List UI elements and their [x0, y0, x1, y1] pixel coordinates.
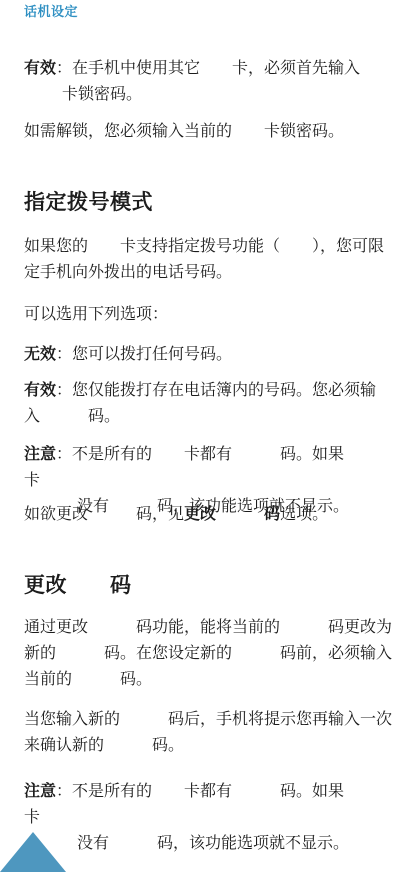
text-segment: 可以选用下列选项： [24, 306, 168, 323]
text-line: 有效：在手机中使用其它 卡，必须首先输入 [24, 56, 407, 82]
text-line: 可以选用下列选项： [24, 302, 407, 328]
text-line: 入 码。 [24, 404, 407, 430]
section-heading: 指定拨号模式 [24, 189, 407, 216]
bold-menu-name: 更改 [184, 506, 216, 523]
heading-change-pin2: 更改 码 [24, 572, 407, 599]
text-line: 如果您的 卡支持指定拨号功能（ ），您可限 [24, 234, 407, 260]
text-segment: 当前的 码。 [24, 671, 152, 688]
text-segment: 如需解锁，您必须输入当前的 卡锁密码。 [24, 123, 344, 140]
text-segment: 选项。 [280, 506, 328, 523]
text-line: 定手机向外拨出的电话号码。 [24, 260, 407, 286]
bold-label: 有效 [24, 60, 56, 77]
bold-label: 有效 [24, 382, 56, 399]
manual-page: 话机设定 有效：在手机中使用其它 卡，必须首先输入 卡锁密码。 如需解锁，您必须… [0, 0, 411, 872]
para-confirm-new-pin2: 当您输入新的 码后，手机将提示您再输入一次 来确认新的 码。 [24, 707, 407, 759]
page-header-title: 话机设定 [24, 3, 78, 21]
text-segment: ：您可以拨打任何号码。 [56, 346, 232, 363]
bold-menu-name: 码 [264, 506, 280, 523]
text-line: 如欲更改 码，见更改 码选项。 [24, 502, 407, 528]
bold-label: 注意 [24, 446, 56, 463]
text-line: 来确认新的 码。 [24, 733, 407, 759]
text-segment: 入 码。 [24, 408, 120, 425]
text-segment: 定手机向外拨出的电话号码。 [24, 264, 232, 281]
para-options-intro: 可以选用下列选项： [24, 302, 407, 328]
text-segment: ：在手机中使用其它 卡，必须首先输入 [56, 60, 360, 77]
text-line: 无效：您可以拨打任何号码。 [24, 342, 407, 368]
text-segment: 来确认新的 码。 [24, 737, 184, 754]
text-segment: 如欲更改 码，见 [24, 506, 184, 523]
para-change-pin2-reference: 如欲更改 码，见更改 码选项。 [24, 502, 407, 528]
text-line: 卡锁密码。 [24, 82, 407, 108]
section-heading: 更改 码 [24, 572, 407, 599]
text-segment: ：不是所有的 卡都有 码。如果 卡 [24, 446, 392, 489]
para-option-enable: 有效：您仅能拨打存在电话簿内的号码。您必须输 入 码。 [24, 378, 407, 430]
text-segment: 新的 码。在您设定新的 码前，必须输入 [24, 645, 392, 662]
text-segment: 当您输入新的 码后，手机将提示您再输入一次 [24, 711, 392, 728]
page-corner-triangle-icon [0, 832, 66, 872]
text-line: 通过更改 码功能，能将当前的 码更改为 [24, 615, 407, 641]
text-segment: 没有 码，该功能选项就不显示。 [77, 835, 349, 852]
para-change-pin2-description: 通过更改 码功能，能将当前的 码更改为 新的 码。在您设定新的 码前，必须输入 … [24, 615, 407, 693]
text-segment: 卡锁密码。 [62, 86, 142, 103]
para-unlock-requirement: 如需解锁，您必须输入当前的 卡锁密码。 [24, 119, 407, 145]
bold-label: 注意 [24, 783, 56, 800]
text-segment: 通过更改 码功能，能将当前的 码更改为 [24, 619, 392, 636]
heading-fixed-dial-mode: 指定拨号模式 [24, 189, 407, 216]
text-line: 当您输入新的 码后，手机将提示您再输入一次 [24, 707, 407, 733]
text-line: 有效：您仅能拨打存在电话簿内的号码。您必须输 [24, 378, 407, 404]
text-line: 新的 码。在您设定新的 码前，必须输入 [24, 641, 407, 667]
bold-label: 无效 [24, 346, 56, 363]
text-segment: 如果您的 卡支持指定拨号功能（ ），您可限 [24, 238, 384, 255]
text-line: 没有 码，该功能选项就不显示。 [24, 831, 407, 857]
para-fdn-description: 如果您的 卡支持指定拨号功能（ ），您可限 定手机向外拨出的电话号码。 [24, 234, 407, 286]
para-option-disable: 无效：您可以拨打任何号码。 [24, 342, 407, 368]
text-line: 注意：不是所有的 卡都有 码。如果 卡 [24, 442, 407, 494]
text-segment: ：您仅能拨打存在电话簿内的号码。您必须输 [56, 382, 376, 399]
text-segment [216, 506, 264, 523]
note-pin2-availability-2: 注意：不是所有的 卡都有 码。如果 卡 没有 码，该功能选项就不显示。 [24, 779, 407, 857]
text-line: 注意：不是所有的 卡都有 码。如果 卡 [24, 779, 407, 831]
text-line: 当前的 码。 [24, 667, 407, 693]
para-enable-sim-lock: 有效：在手机中使用其它 卡，必须首先输入 卡锁密码。 [24, 56, 407, 108]
text-segment: ：不是所有的 卡都有 码。如果 卡 [24, 783, 392, 826]
text-line: 如需解锁，您必须输入当前的 卡锁密码。 [24, 119, 407, 145]
